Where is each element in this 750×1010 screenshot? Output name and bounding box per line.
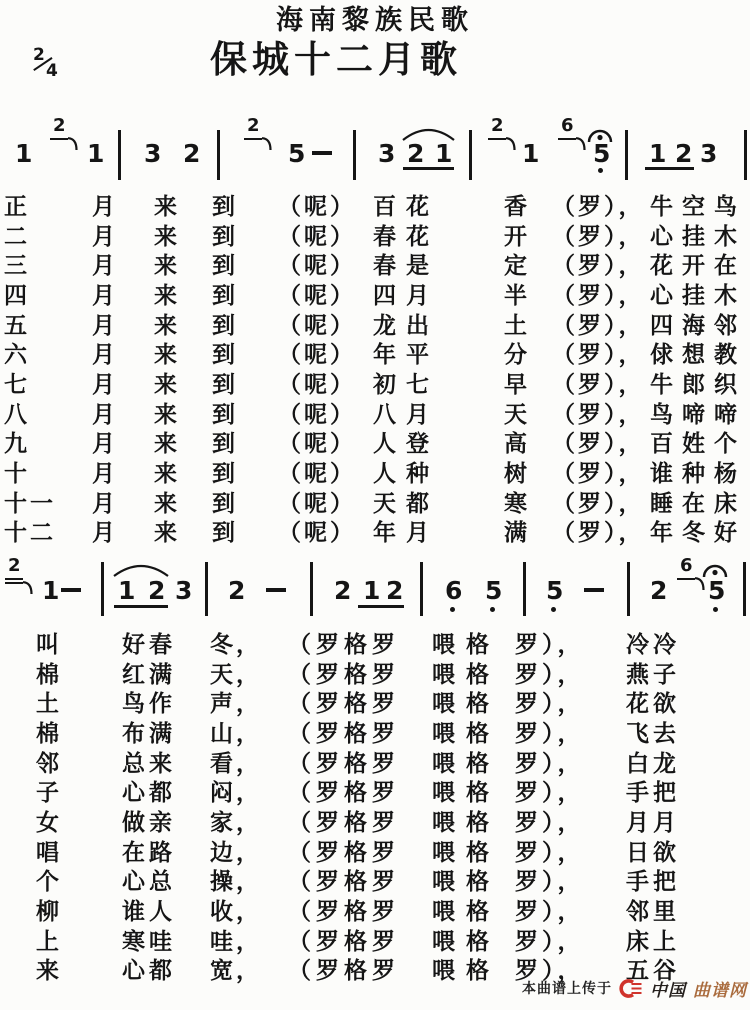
lyric-cell: 床上: [626, 930, 680, 954]
lyric-cell: 格: [466, 811, 489, 835]
lyric-cell: 天，: [210, 663, 262, 687]
lyric-cell: 喂: [432, 752, 455, 776]
lyric-cell: 格: [466, 959, 489, 983]
lyric-cell: 声，: [210, 692, 262, 716]
lyric-cell: 罗），: [515, 870, 585, 894]
lyric-cell: 棉: [36, 663, 59, 687]
lyric-cell: 子: [36, 781, 59, 805]
lyric-cell: 上: [36, 930, 59, 954]
lyric-cell: 心都: [122, 959, 176, 983]
sheet-music-page: 海南黎族民歌 保城十二月歌 2 4 12132253212165123 正月来到…: [0, 0, 750, 1010]
lyric-cell: 柳: [36, 900, 59, 924]
lyric-cell: 心都: [122, 781, 176, 805]
lyric-cell: 红满: [122, 663, 176, 687]
lyric-cell: 格: [466, 930, 489, 954]
lyric-cell: 总来: [122, 752, 176, 776]
lyric-cell: 看，: [210, 752, 262, 776]
lyric-cell: 格: [466, 752, 489, 776]
lyric-cell: 罗），: [515, 900, 585, 924]
lyric-cell: 邻: [36, 752, 59, 776]
lyric-cell: 格: [466, 781, 489, 805]
lyric-cell: 格: [466, 870, 489, 894]
lyric-cell: 喂: [432, 722, 455, 746]
lyric-cell: 喂: [432, 930, 455, 954]
lyric-cell: 叫: [36, 633, 59, 657]
lyric-cell: 唱: [36, 841, 59, 865]
lyric-cell: 罗），: [515, 930, 585, 954]
lyric-cell: 罗），: [515, 633, 585, 657]
lyric-cell: （罗格罗: [288, 752, 400, 776]
lyric-cell: 邻里: [626, 900, 680, 924]
lyric-cell: 罗），: [515, 722, 585, 746]
lyric-cell: （罗格罗: [288, 811, 400, 835]
lyric-cell: 布满: [122, 722, 176, 746]
lyric-cell: 心总: [122, 870, 176, 894]
uploader-label: 本曲谱上传于: [522, 978, 612, 998]
lyric-cell: 喂: [432, 959, 455, 983]
lyric-cell: 格: [466, 692, 489, 716]
lyric-cell: 收，: [210, 900, 262, 924]
lyrics-block-2: 叫好春冬，（罗格罗喂格罗），冷冷棉红满天，（罗格罗喂格罗），燕子土鸟作声，（罗格…: [0, 0, 750, 1010]
site-name-red: 曲谱网: [693, 976, 747, 1001]
lyric-cell: 家，: [210, 811, 262, 835]
lyric-cell: 好春: [122, 633, 176, 657]
site-logo-icon: [619, 979, 643, 998]
lyric-cell: 鸟作: [122, 692, 176, 716]
lyric-cell: 喂: [432, 811, 455, 835]
lyric-cell: （罗格罗: [288, 959, 400, 983]
lyric-cell: 格: [466, 633, 489, 657]
lyric-cell: 土: [36, 692, 59, 716]
lyric-cell: 白龙: [626, 752, 680, 776]
lyric-cell: 喂: [432, 663, 455, 687]
lyric-cell: 山，: [210, 722, 262, 746]
lyric-cell: （罗格罗: [288, 930, 400, 954]
lyric-cell: 个: [36, 870, 59, 894]
lyric-cell: 罗），: [515, 811, 585, 835]
lyric-cell: 在路: [122, 841, 176, 865]
lyric-cell: 格: [466, 900, 489, 924]
lyric-cell: （罗格罗: [288, 692, 400, 716]
lyric-cell: 月月: [626, 811, 680, 835]
lyric-cell: 操，: [210, 870, 262, 894]
lyric-cell: （罗格罗: [288, 663, 400, 687]
lyric-cell: 喂: [432, 841, 455, 865]
lyric-cell: 宽，: [210, 959, 262, 983]
lyric-cell: （罗格罗: [288, 870, 400, 894]
lyric-cell: 闷，: [210, 781, 262, 805]
lyric-cell: 寒哇: [122, 930, 176, 954]
lyric-cell: 花欲: [626, 692, 680, 716]
lyric-cell: 手把: [626, 781, 680, 805]
lyric-cell: 罗），: [515, 841, 585, 865]
lyric-cell: （罗格罗: [288, 722, 400, 746]
lyric-cell: 喂: [432, 692, 455, 716]
lyric-cell: 女: [36, 811, 59, 835]
watermark-footer: 本曲谱上传于 中国 曲谱网: [522, 977, 747, 999]
lyric-cell: 喂: [432, 870, 455, 894]
lyric-cell: 谁人: [122, 900, 176, 924]
site-name-black: 中国: [650, 976, 686, 1001]
lyric-cell: 边，: [210, 841, 262, 865]
lyric-cell: （罗格罗: [288, 900, 400, 924]
lyric-cell: （罗格罗: [288, 841, 400, 865]
lyric-cell: 喂: [432, 900, 455, 924]
lyric-cell: 棉: [36, 722, 59, 746]
lyric-cell: 飞去: [626, 722, 680, 746]
lyric-cell: （罗格罗: [288, 633, 400, 657]
lyric-cell: 格: [466, 841, 489, 865]
lyric-cell: 喂: [432, 633, 455, 657]
lyric-cell: 罗），: [515, 781, 585, 805]
lyric-cell: 日欲: [626, 841, 680, 865]
lyric-cell: 做亲: [122, 811, 176, 835]
lyric-cell: 燕子: [626, 663, 680, 687]
lyric-cell: 罗），: [515, 663, 585, 687]
lyric-cell: 冬，: [210, 633, 262, 657]
lyric-cell: 格: [466, 722, 489, 746]
lyric-cell: 来: [36, 959, 59, 983]
lyric-cell: 格: [466, 663, 489, 687]
lyric-cell: 喂: [432, 781, 455, 805]
lyric-cell: 冷冷: [626, 633, 680, 657]
lyric-cell: 罗），: [515, 752, 585, 776]
lyric-cell: 罗），: [515, 692, 585, 716]
lyric-cell: （罗格罗: [288, 781, 400, 805]
lyric-cell: 手把: [626, 870, 680, 894]
lyric-cell: 哇，: [210, 930, 262, 954]
